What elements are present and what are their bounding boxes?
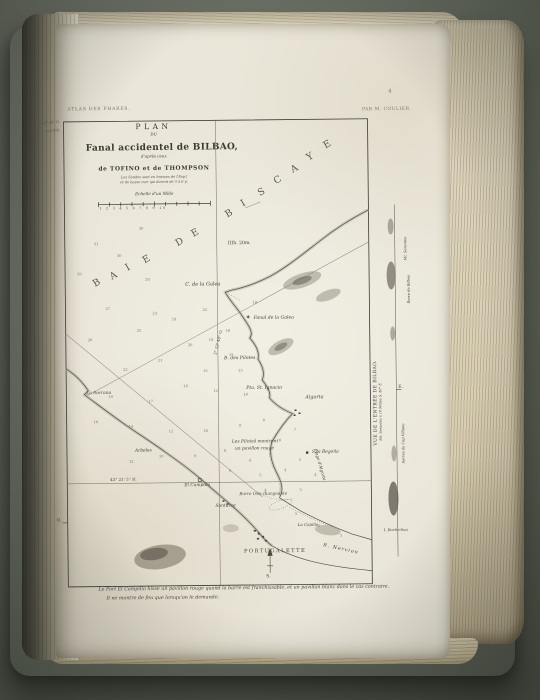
sounding-value: 16 — [226, 328, 231, 333]
sounding-value: 13 — [238, 368, 243, 373]
plate-caption-line2: Il ne montre de feu que lorsqu'on le dem… — [106, 594, 219, 601]
sounding-value: 8 — [263, 418, 265, 423]
towns — [198, 409, 310, 542]
map-label: La Capilla — [298, 522, 319, 527]
map-label: 43° 21' 5'' N. — [110, 477, 136, 482]
sounding-value: 3 — [340, 533, 342, 538]
sounding-value: 8 — [224, 448, 226, 453]
map-label: Algorta — [305, 394, 323, 400]
map-plate: ATLAS DES PHARES. PAR M. COULIER. 4 N.22… — [0, 0, 540, 700]
sounding-value: 2 — [318, 523, 320, 528]
compass-south-label: S. — [266, 574, 270, 579]
hills — [130, 267, 346, 573]
sounding-value: 5 — [269, 453, 271, 458]
sounding-value: 22 — [202, 307, 207, 312]
sounding-value: 10 — [204, 428, 209, 433]
sounding-value: 6 — [279, 438, 281, 443]
map-label: Serres du Cap Villano — [401, 424, 406, 464]
map-label: El Campillo — [184, 482, 210, 487]
map-label: Arbeles — [135, 448, 152, 453]
sounding-value: 5 — [299, 457, 301, 462]
sounding-value: 16 — [183, 384, 188, 389]
sounding-value: 5 — [259, 473, 261, 478]
sounding-value: 3 — [295, 512, 297, 517]
sounding-value: 4 — [284, 468, 286, 473]
sounding-value: 25 — [137, 328, 142, 333]
sounding-value: 12 — [213, 388, 218, 393]
scene: ATLAS DES PHARES. PAR M. COULIER. 4 N.22… — [0, 0, 540, 700]
sounding-value: 10 — [159, 454, 164, 459]
sounding-value: 20 — [188, 343, 193, 348]
sounding-value: 19 — [252, 300, 257, 305]
map-label: un pavillon rouge — [235, 446, 274, 451]
compass-west-label: O. — [57, 518, 62, 523]
sounding-value: 3 — [299, 487, 301, 492]
compass-east-label: E. — [398, 384, 403, 389]
map-label: IIIh. 20m. — [228, 240, 251, 246]
sounding-value: 17 — [148, 399, 153, 404]
sounding-value: 15 — [229, 352, 234, 357]
map-label: I. Bachichua — [384, 527, 408, 532]
sounding-value: 21 — [158, 358, 163, 363]
sounding-value: 31 — [94, 242, 99, 247]
sounding-value: 29 — [77, 272, 82, 277]
sounding-value: 12 — [129, 459, 134, 464]
sounding-value: 10 — [243, 392, 248, 397]
sounding-value: 22 — [123, 367, 128, 372]
sounding-value: 4 — [314, 472, 316, 477]
map-label: VUE DE L'ENTRÉE DE BILBAO. — [372, 360, 378, 446]
map-label: Mt. Serantes à 10 Milles S. 40° E. — [378, 382, 383, 441]
map-label: Mt. Serantes — [403, 237, 408, 261]
map-label: Barre de Bilbao — [406, 275, 411, 304]
map-label: Santurce — [215, 503, 235, 508]
sounding-value: 23 — [152, 311, 157, 316]
sounding-value: 14 — [129, 424, 134, 429]
map-label: C. de la Galea — [185, 281, 220, 287]
coastal-view-strip — [385, 204, 399, 556]
sounding-value: 9 — [239, 423, 241, 428]
sounding-value: 19 — [108, 394, 113, 399]
map-label: PORTUGALETTE — [244, 547, 306, 554]
photo-open-atlas-book: { "colors": { "backdrop": "#646a5f", "pa… — [0, 0, 540, 700]
sounding-value: 24 — [172, 317, 177, 322]
sounding-value: 7 — [254, 438, 256, 443]
sounding-value: 15 — [203, 368, 208, 373]
sounding-value: 6 — [249, 458, 251, 463]
map-label: Fanal de la Galea — [254, 315, 294, 321]
sounding-value: 26 — [88, 338, 93, 343]
scale-bar — [98, 201, 210, 207]
sounding-value: 30 — [139, 226, 144, 231]
sounding-value: 28 — [145, 277, 150, 282]
sounding-value: 27 — [105, 306, 110, 311]
lighthouse-icon: ✶ — [246, 314, 251, 321]
sounding-value: 12 — [169, 429, 174, 434]
sounding-value: 16 — [94, 420, 99, 425]
sounding-value: 18 — [209, 337, 214, 342]
sounding-value: 30 — [117, 253, 122, 258]
map-engraving — [0, 0, 540, 700]
sounding-value: 7 — [294, 428, 296, 433]
sounding-value: 9 — [194, 454, 196, 459]
sounding-value: 6 — [229, 468, 231, 473]
sounding-value: 4 — [264, 488, 266, 493]
map-label: Pta. St. Ignacio — [246, 385, 282, 391]
map-label: Barre très changeante — [239, 491, 287, 497]
